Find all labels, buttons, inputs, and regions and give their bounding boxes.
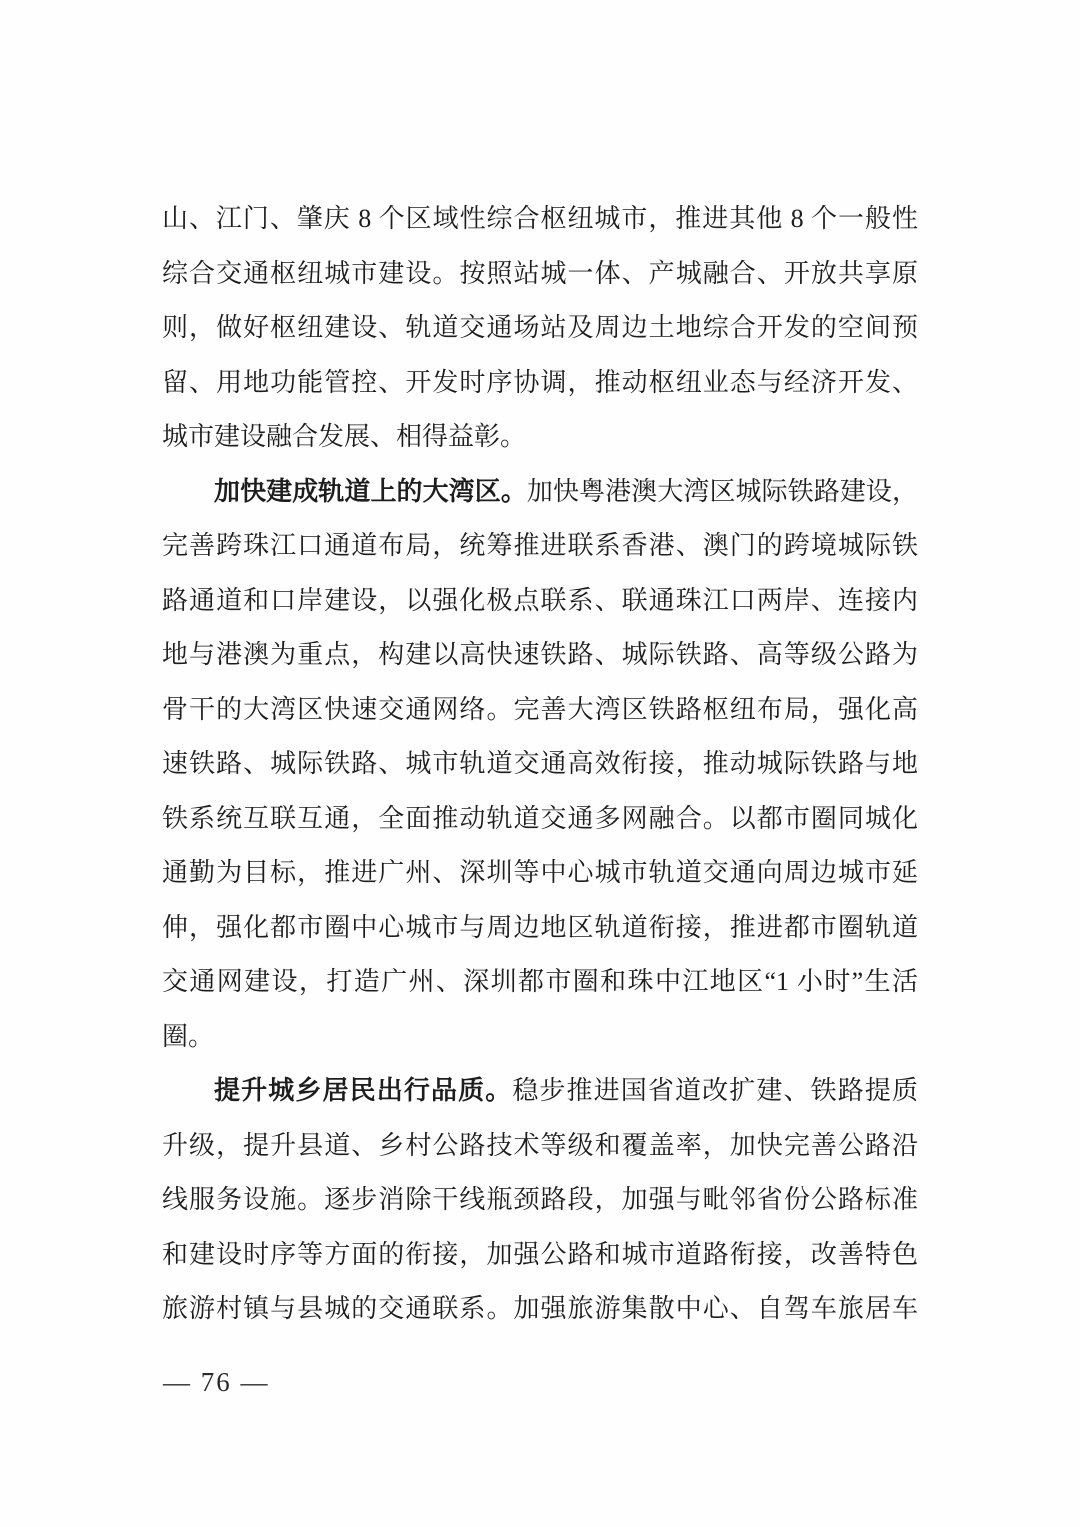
text-run: 线服务设施。逐步消除干线瓶颈路段，加强与毗邻省份公路标准 <box>162 1185 918 1214</box>
text-run: 稳步推进国省道改扩建、铁路提质 <box>512 1076 918 1105</box>
text-line: 伸，强化都市圈中心城市与周边地区轨道衔接，推进都市圈轨道 <box>162 901 918 956</box>
text-line: 通勤为目标，推进广州、深圳等中心城市轨道交通向周边城市延 <box>162 846 918 901</box>
text-run: 速铁路、城际铁路、城市轨道交通高效衔接，推动城际铁路与地 <box>162 749 918 778</box>
text-line: 山、江门、肇庆 8 个区域性综合枢纽城市，推进其他 8 个一般性 <box>162 192 918 247</box>
text-line: 升级，提升县道、乡村公路技术等级和覆盖率，加快完善公路沿 <box>162 1119 918 1174</box>
text-run: 和建设时序等方面的衔接，加强公路和城市道路衔接，改善特色 <box>162 1240 918 1269</box>
document-body: 山、江门、肇庆 8 个区域性综合枢纽城市，推进其他 8 个一般性综合交通枢纽城市… <box>162 192 918 1337</box>
text-run: 完善跨珠江口通道布局，统筹推进联系香港、澳门的跨境城际铁 <box>162 531 918 560</box>
text-run: 山、江门、肇庆 8 个区域性综合枢纽城市，推进其他 8 个一般性 <box>162 204 918 233</box>
text-run: 旅游村镇与县城的交通联系。加强旅游集散中心、自驾车旅居车 <box>162 1294 918 1323</box>
paragraph-lead: 加快建成轨道上的大湾区。 <box>214 477 527 506</box>
text-line: 交通网建设，打造广州、深圳都市圈和珠中江地区“1 小时”生活 <box>162 955 918 1010</box>
text-line: 综合交通枢纽城市建设。按照站城一体、产城融合、开放共享原 <box>162 247 918 302</box>
page-number-text: — 76 — <box>163 1367 270 1397</box>
text-run: 城市建设融合发展、相得益彰。 <box>162 422 526 451</box>
document-page: 山、江门、肇庆 8 个区域性综合枢纽城市，推进其他 8 个一般性综合交通枢纽城市… <box>0 0 1080 1527</box>
text-line: 留、用地功能管控、开发时序协调，推动枢纽业态与经济开发、 <box>162 356 918 411</box>
text-line: 路通道和口岸建设，以强化极点联系、联通珠江口两岸、连接内 <box>162 574 918 629</box>
text-line: 铁系统互联互通，全面推动轨道交通多网融合。以都市圈同城化 <box>162 792 918 847</box>
text-run: 则，做好枢纽建设、轨道交通场站及周边土地综合开发的空间预 <box>162 313 918 342</box>
text-run: 骨干的大湾区快速交通网络。完善大湾区铁路枢纽布局，强化高 <box>162 695 918 724</box>
text-run: 路通道和口岸建设，以强化极点联系、联通珠江口两岸、连接内 <box>162 586 918 615</box>
paragraph-lead: 提升城乡居民出行品质。 <box>214 1076 512 1105</box>
text-line: 城市建设融合发展、相得益彰。 <box>162 410 918 465</box>
text-run: 综合交通枢纽城市建设。按照站城一体、产城融合、开放共享原 <box>162 259 918 288</box>
text-run: 通勤为目标，推进广州、深圳等中心城市轨道交通向周边城市延 <box>162 858 918 887</box>
text-line: 线服务设施。逐步消除干线瓶颈路段，加强与毗邻省份公路标准 <box>162 1173 918 1228</box>
text-line: 地与港澳为重点，构建以高快速铁路、城际铁路、高等级公路为 <box>162 628 918 683</box>
text-line: 提升城乡居民出行品质。稳步推进国省道改扩建、铁路提质 <box>162 1064 918 1119</box>
text-run: 交通网建设，打造广州、深圳都市圈和珠中江地区“1 小时”生活 <box>162 967 918 996</box>
text-line: 速铁路、城际铁路、城市轨道交通高效衔接，推动城际铁路与地 <box>162 737 918 792</box>
text-line: 骨干的大湾区快速交通网络。完善大湾区铁路枢纽布局，强化高 <box>162 683 918 738</box>
text-run: 伸，强化都市圈中心城市与周边地区轨道衔接，推进都市圈轨道 <box>162 913 918 942</box>
text-line: 旅游村镇与县城的交通联系。加强旅游集散中心、自驾车旅居车 <box>162 1282 918 1337</box>
page-number: — 76 — <box>163 1367 270 1398</box>
text-run: 圈。 <box>162 1022 214 1051</box>
text-run: 升级，提升县道、乡村公路技术等级和覆盖率，加快完善公路沿 <box>162 1131 918 1160</box>
text-run: 留、用地功能管控、开发时序协调，推动枢纽业态与经济开发、 <box>162 368 918 397</box>
text-run: 铁系统互联互通，全面推动轨道交通多网融合。以都市圈同城化 <box>162 804 918 833</box>
text-line: 和建设时序等方面的衔接，加强公路和城市道路衔接，改善特色 <box>162 1228 918 1283</box>
text-line: 完善跨珠江口通道布局，统筹推进联系香港、澳门的跨境城际铁 <box>162 519 918 574</box>
text-line: 则，做好枢纽建设、轨道交通场站及周边土地综合开发的空间预 <box>162 301 918 356</box>
text-run: 地与港澳为重点，构建以高快速铁路、城际铁路、高等级公路为 <box>162 640 918 669</box>
text-line: 加快建成轨道上的大湾区。加快粤港澳大湾区城际铁路建设， <box>162 465 918 520</box>
text-run: 加快粤港澳大湾区城际铁路建设， <box>527 477 918 506</box>
text-line: 圈。 <box>162 1010 918 1065</box>
